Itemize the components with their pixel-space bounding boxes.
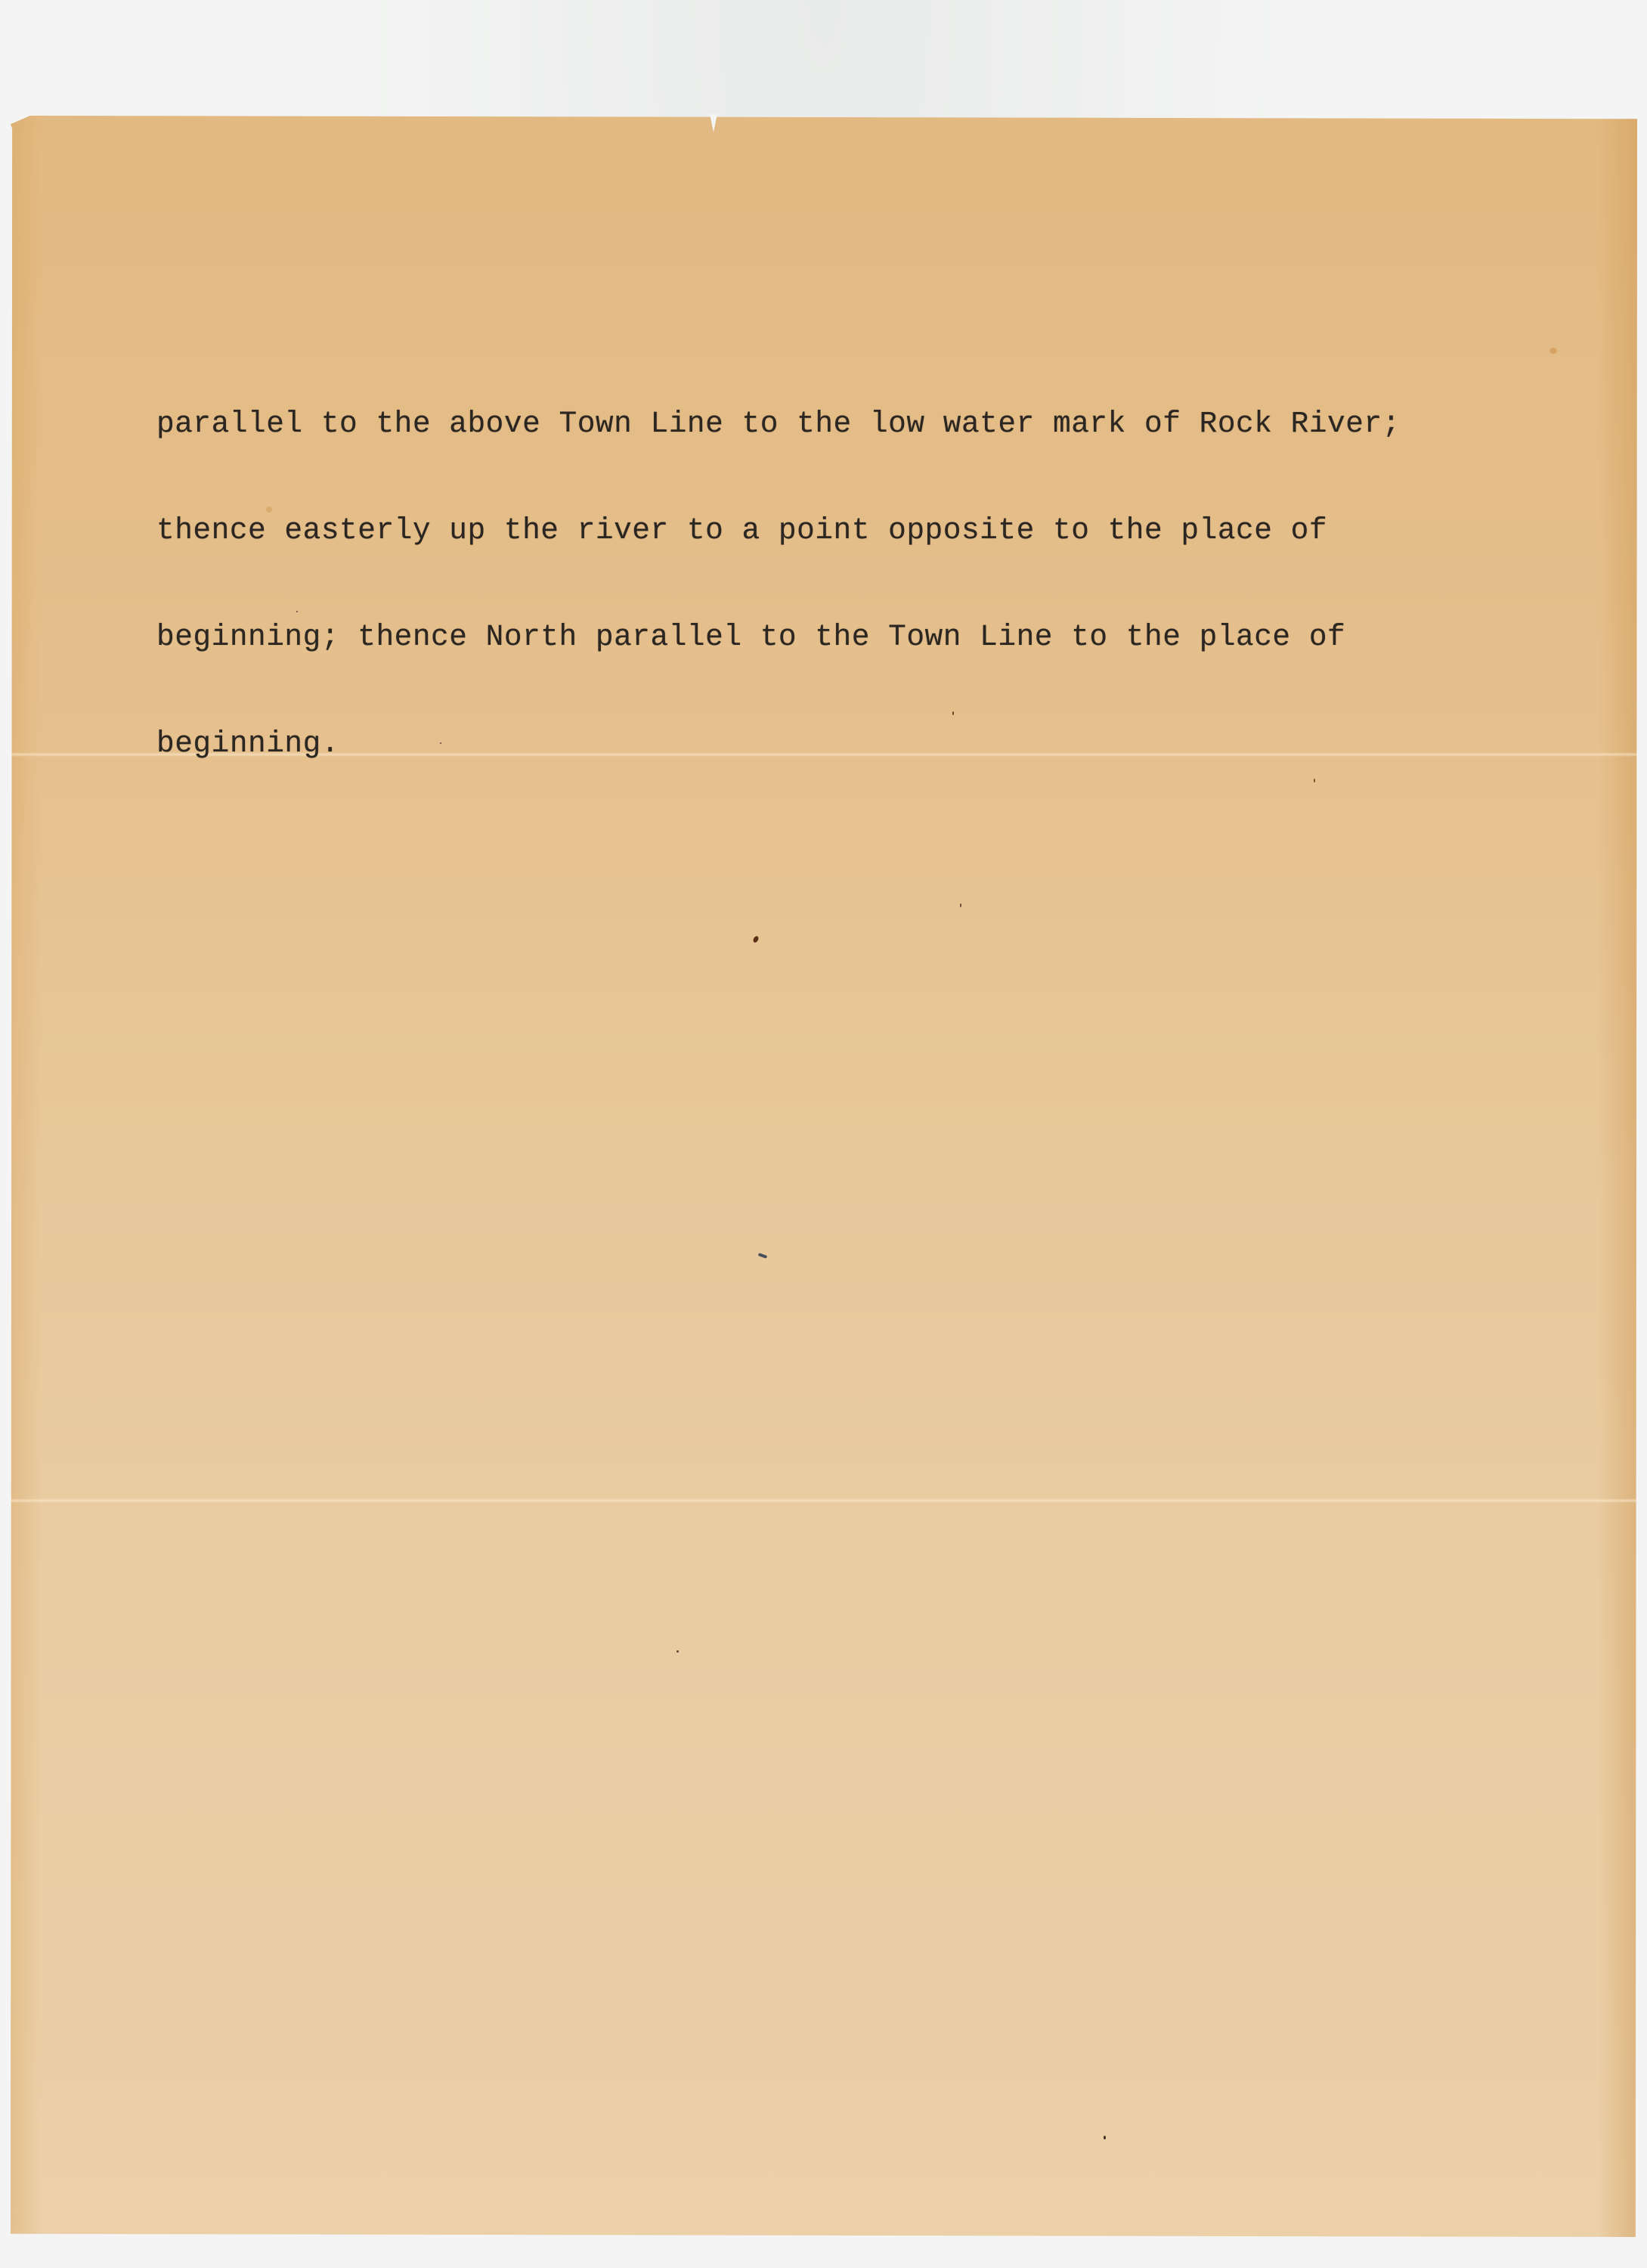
text-line: beginning. [156,726,1517,761]
paper-speck [296,611,298,612]
text-line: beginning; thence North parallel to the … [156,619,1517,655]
paper-speck [960,903,961,907]
paper-speck [1104,2136,1106,2139]
paper-notch [710,114,717,132]
text-line: thence easterly up the river to a point … [156,513,1517,548]
paper-speck [1549,348,1557,354]
paper-speck [440,742,441,744]
paper-speck [676,1650,679,1653]
text-line: parallel to the above Town Line to the l… [156,406,1517,442]
paper-speck [1314,779,1315,782]
paper-speck [266,507,272,513]
fold-crease [11,1498,1637,1503]
typed-paragraph: parallel to the above Town Line to the l… [156,335,1517,797]
paper-speck [952,711,954,715]
